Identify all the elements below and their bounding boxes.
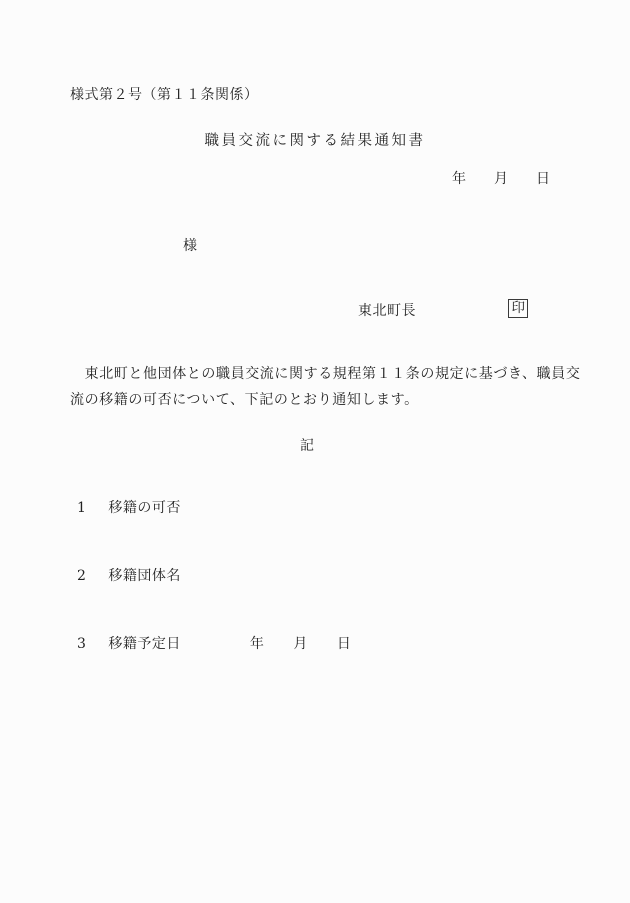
list-item-3: 3 移籍予定日 年 月 日	[77, 633, 351, 653]
body-line-1: 東北町と他団体との職員交流に関する規程第１１条の規定に基づき、職員交	[70, 361, 570, 387]
list-item-2: 2 移籍団体名	[77, 565, 181, 585]
document-page: 様式第２号（第１１条関係） 職員交流に関する結果通知書 年 月 日 様 東北町長…	[0, 0, 630, 903]
item-date-blank: 年 月 日	[250, 636, 352, 652]
item-label: 移籍予定日	[108, 636, 181, 652]
item-number: 3	[77, 636, 86, 652]
page-title: 職員交流に関する結果通知書	[0, 129, 630, 150]
sender-name: 東北町長	[358, 303, 416, 319]
record-marker: 記	[0, 435, 614, 455]
sender-line: 東北町長 印	[358, 300, 528, 320]
item-label: 移籍団体名	[108, 568, 181, 584]
item-label: 移籍の可否	[108, 500, 181, 516]
item-number: 2	[77, 568, 86, 584]
body-paragraph: 東北町と他団体との職員交流に関する規程第１１条の規定に基づき、職員交 流の移籍の…	[70, 361, 570, 413]
seal-mark: 印	[508, 299, 528, 318]
form-number: 様式第２号（第１１条関係）	[70, 84, 259, 104]
list-item-1: 1 移籍の可否	[77, 497, 181, 517]
item-number: 1	[77, 500, 86, 516]
addressee-honorific: 様	[183, 235, 197, 255]
date-blank-line: 年 月 日	[452, 168, 550, 188]
body-line-2: 流の移籍の可否について、下記のとおり通知します。	[70, 387, 570, 413]
